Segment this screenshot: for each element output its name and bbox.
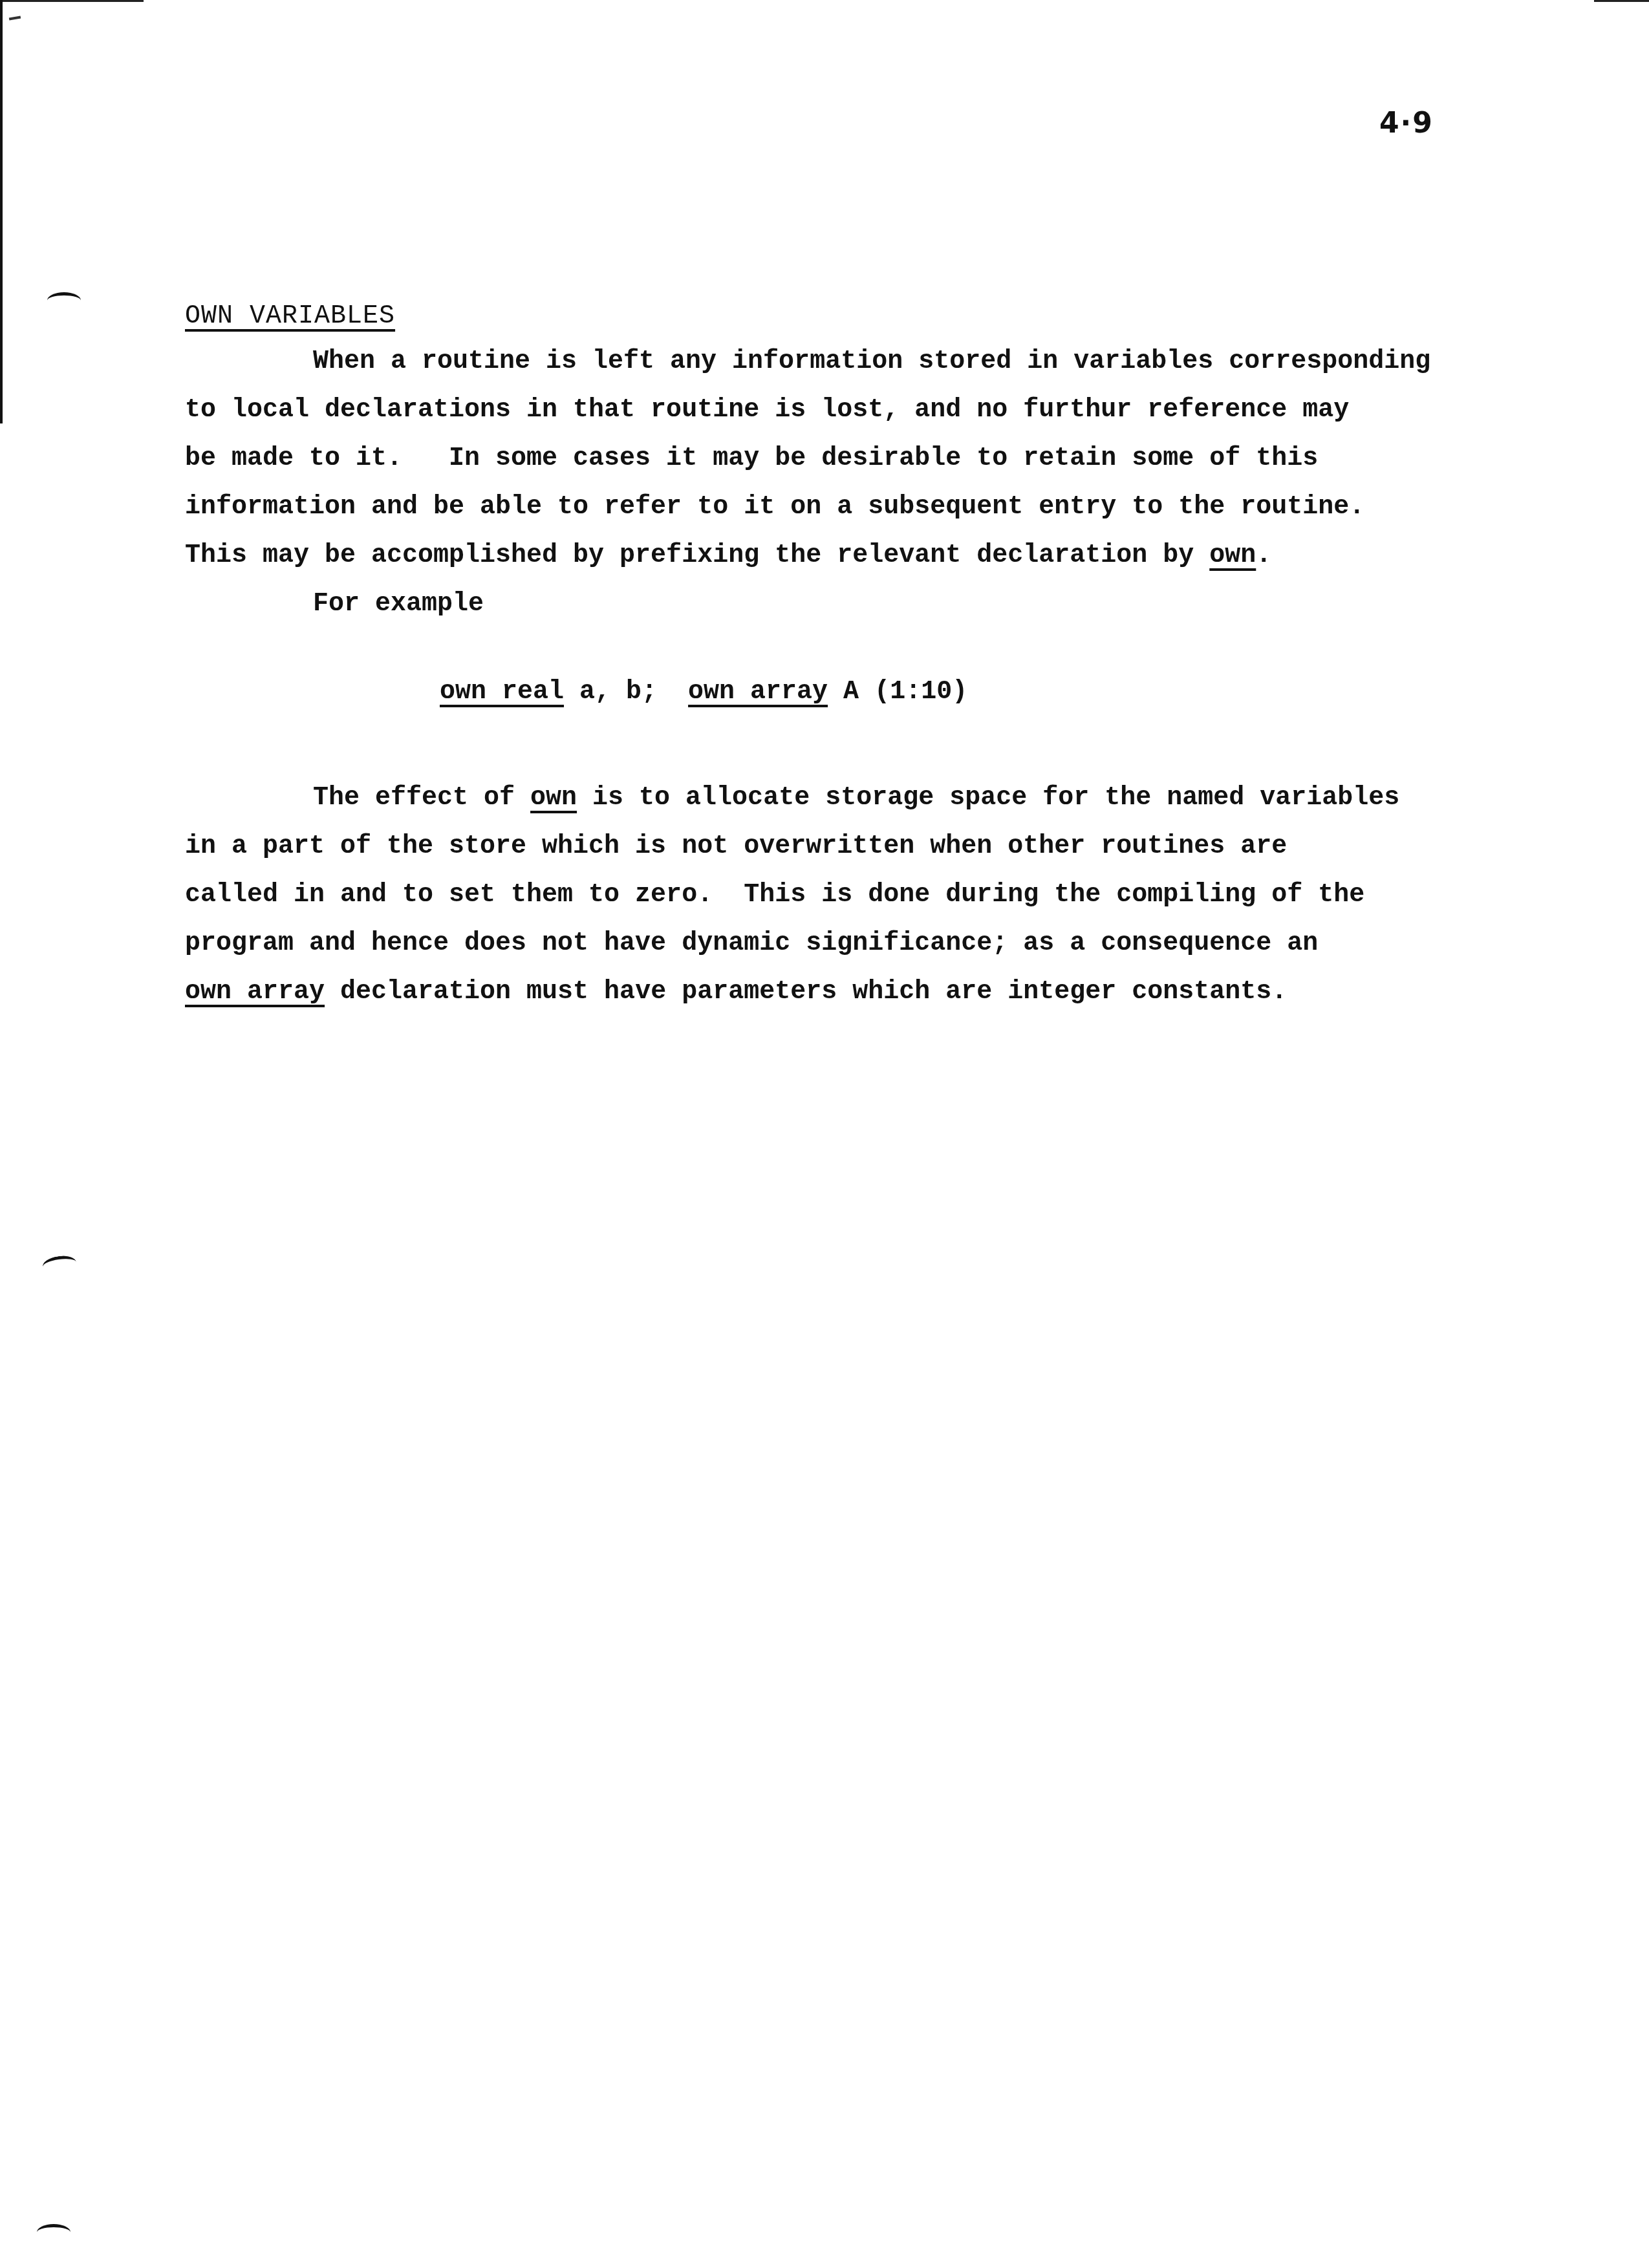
paragraph1-line4: information and be able to refer to it o… (185, 483, 1364, 531)
paragraph2-line4: program and hence does not have dynamic … (185, 919, 1318, 968)
example-declaration: own real a, b; own array A (1:10) (440, 678, 967, 707)
punch-hole-mark-middle (42, 1254, 78, 1275)
paragraph1-line1: When a routine is left any information s… (185, 337, 1430, 386)
example-array-bounds: A (1:10) (828, 678, 967, 707)
keyword-own-real: own real (440, 678, 564, 707)
document-page: 4·9 OWN VARIABLES When a routine is left… (0, 0, 1649, 2268)
paragraph2-line2: in a part of the store which is not over… (185, 822, 1287, 871)
paragraph2-line1: The effect of own is to allocate storage… (185, 774, 1399, 822)
keyword-own: own (1209, 541, 1256, 570)
section-heading: OWN VARIABLES (185, 292, 395, 341)
scan-speck (9, 16, 21, 20)
paragraph2-line1-start: The effect of (313, 784, 530, 813)
paragraph1-line5-text: This may be accomplished by prefixing th… (185, 541, 1209, 570)
paragraph1-line2: to local declarations in that routine is… (185, 386, 1349, 434)
example-vars: a, b; (564, 678, 688, 707)
paragraph1-line5-period: . (1256, 541, 1271, 570)
paragraph2-line3: called in and to set them to zero. This … (185, 871, 1364, 919)
for-example-label: For example (185, 580, 484, 628)
scan-edge-top-left (3, 0, 144, 2)
scan-edge-left (0, 0, 3, 423)
punch-hole-mark-top (47, 292, 81, 308)
paragraph1-line5: This may be accomplished by prefixing th… (185, 531, 1271, 580)
paragraph1-line3: be made to it. In some cases it may be d… (185, 434, 1318, 483)
keyword-own: own (530, 784, 577, 813)
scan-edge-top-right (1594, 0, 1649, 2)
punch-hole-mark-bottom (37, 2224, 70, 2240)
keyword-own-array: own array (688, 678, 828, 707)
paragraph2-line1-end: is to allocate storage space for the nam… (577, 784, 1399, 813)
paragraph2-line5: own array declaration must have paramete… (185, 968, 1287, 1016)
keyword-own-array: own array (185, 978, 325, 1007)
paragraph2-line5-end: declaration must have parameters which a… (325, 978, 1287, 1007)
